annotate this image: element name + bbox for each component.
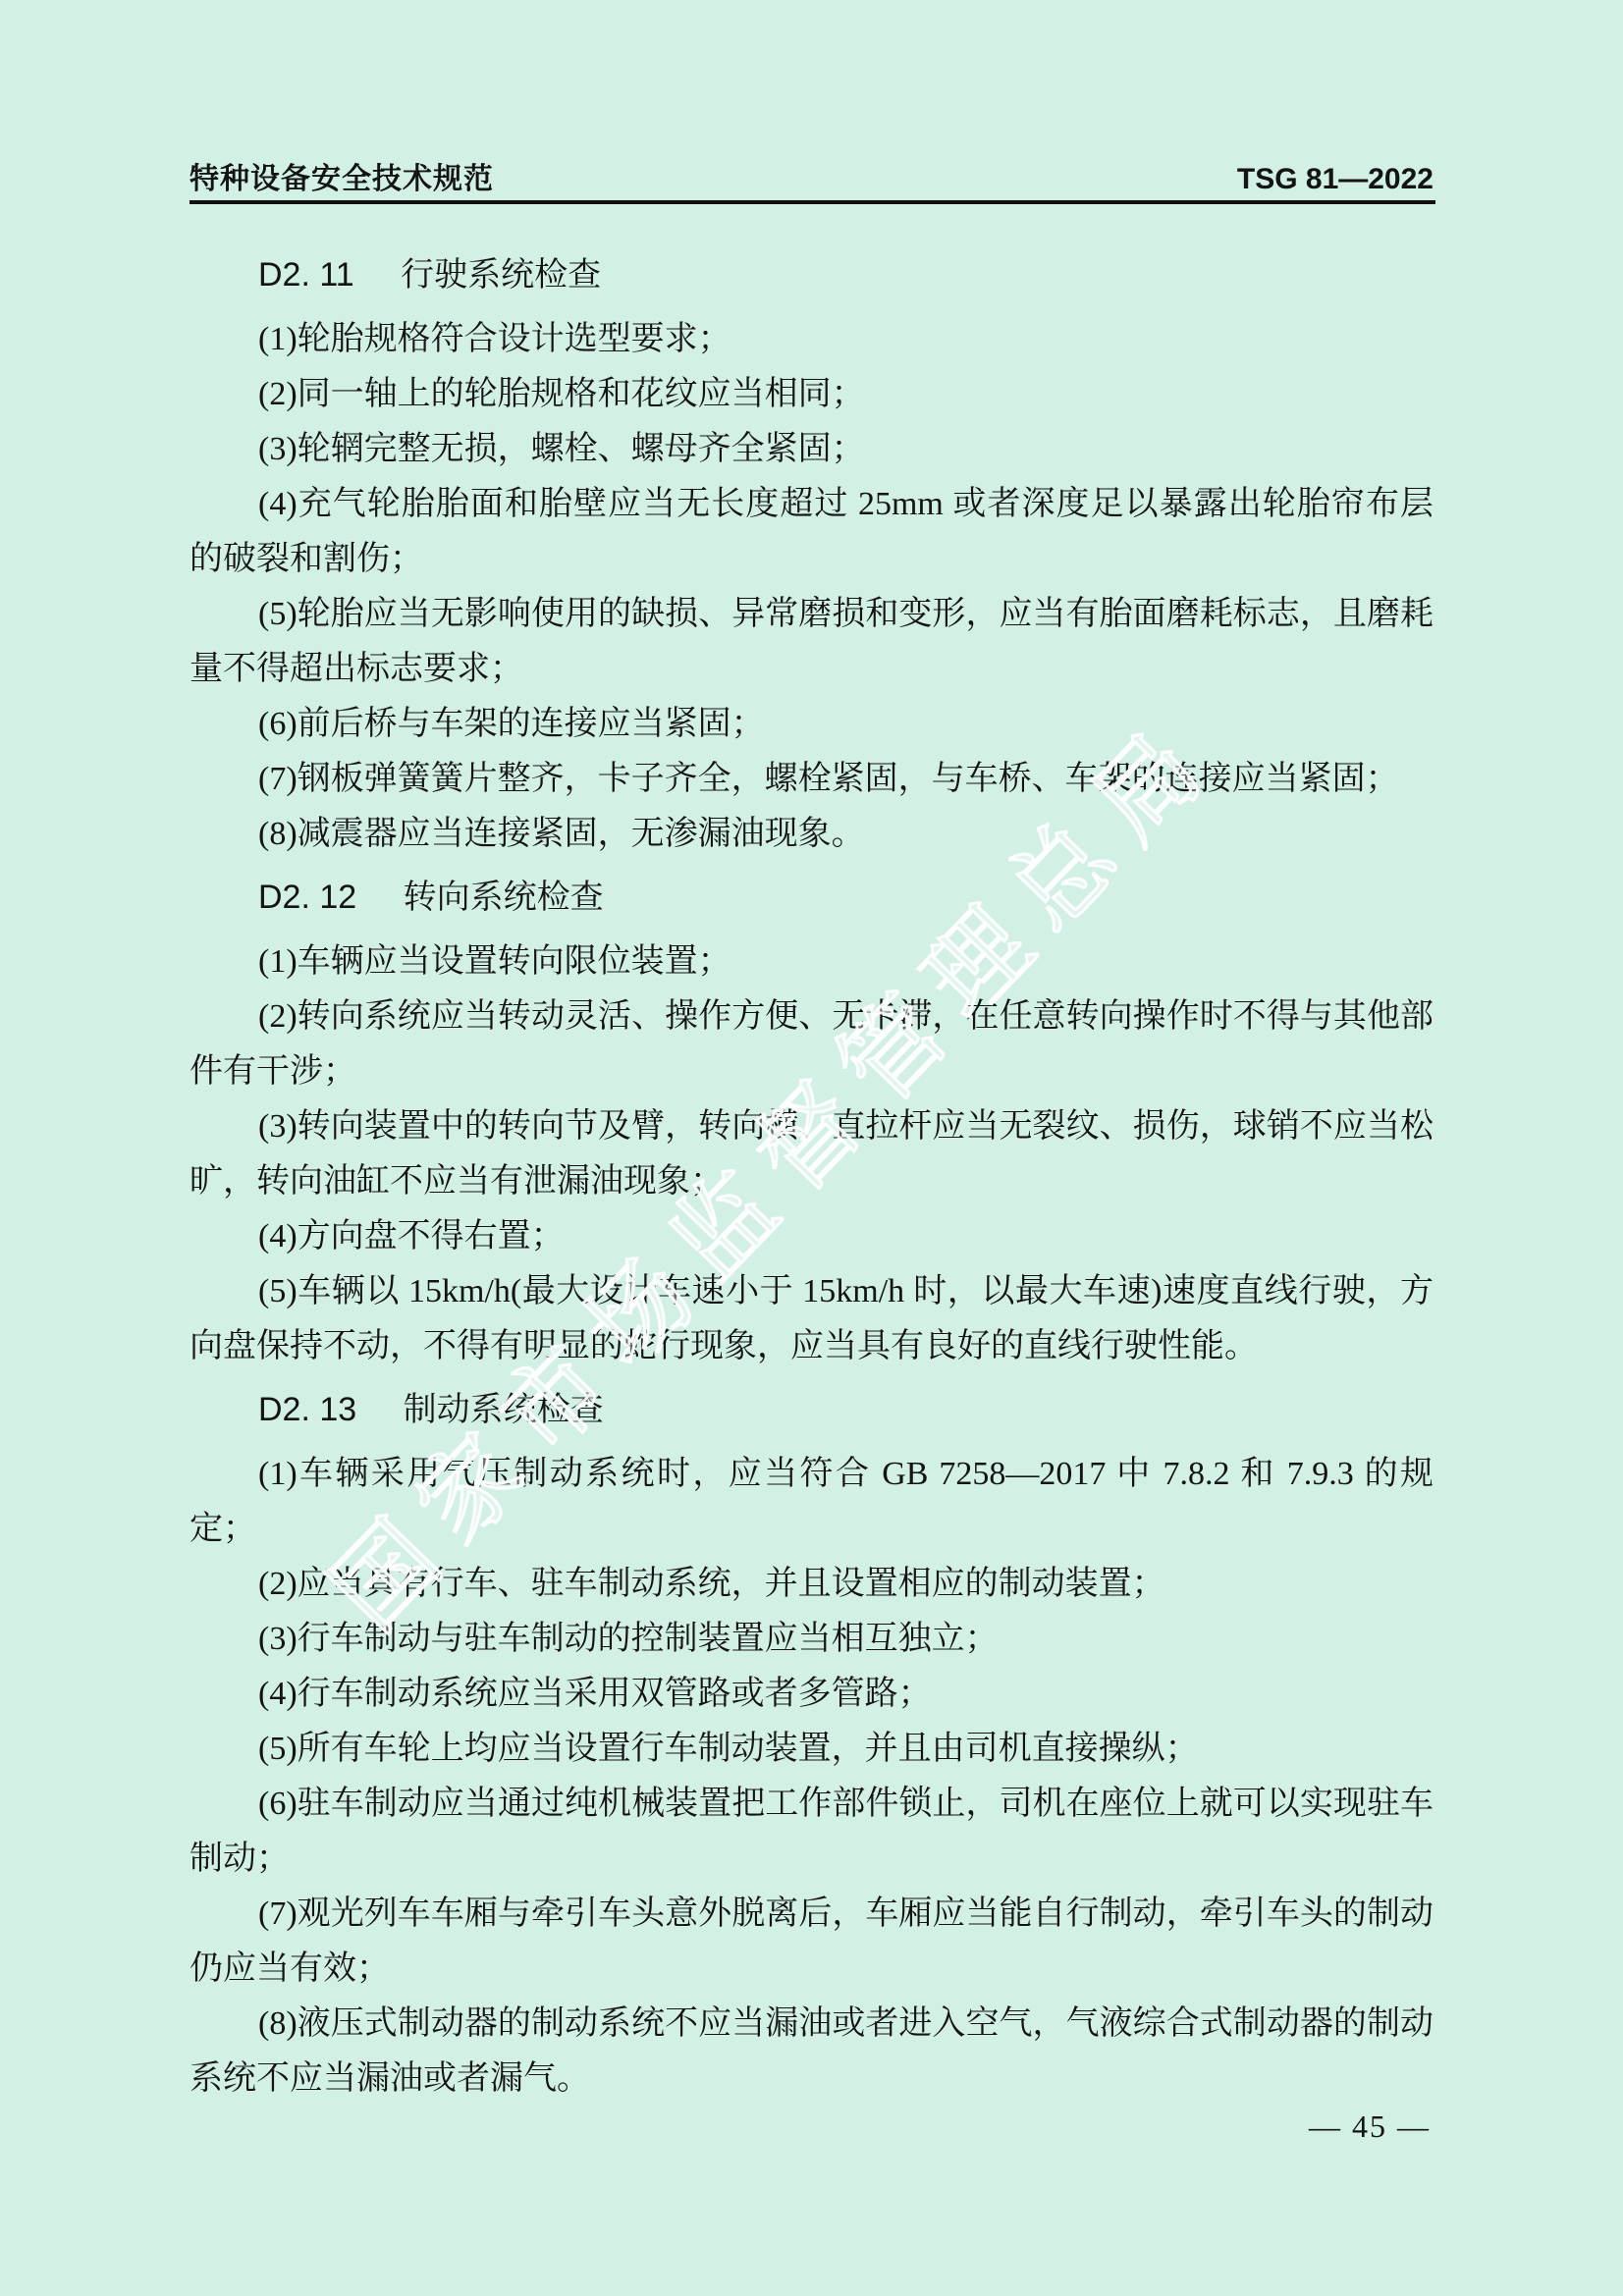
header-standard-title: 特种设备安全技术规范 <box>189 163 494 196</box>
clause-item: (2)转向系统应当转动灵活、操作方便、无卡滞，在任意转向操作时不得与其他部件有干… <box>189 989 1434 1099</box>
clause-item: (2)同一轴上的轮胎规格和花纹应当相同； <box>189 367 1434 422</box>
section-heading-d2-12: D2. 12 转向系统检查 <box>189 870 1434 925</box>
clause-item: (1)轮胎规格符合设计选型要求； <box>189 312 1434 367</box>
clause-item: (4)行车制动系统应当采用双管路或者多管路； <box>189 1667 1434 1722</box>
section-title: 制动系统检查 <box>404 1391 604 1428</box>
document-page: 特种设备安全技术规范 TSG 81—2022 国家市场监督管理总局 D2. 11… <box>0 0 1623 2296</box>
page-header: 特种设备安全技术规范 TSG 81—2022 <box>189 163 1434 196</box>
clause-item: (4)方向盘不得右置； <box>189 1209 1434 1264</box>
document-body: D2. 11 行驶系统检查 (1)轮胎规格符合设计选型要求； (2)同一轴上的轮… <box>189 204 1434 2107</box>
section-number: D2. 13 <box>258 1391 356 1428</box>
clause-item: (8)减震器应当连接紧固，无渗漏油现象。 <box>189 807 1434 862</box>
section-heading-d2-11: D2. 11 行驶系统检查 <box>189 247 1434 302</box>
clause-item: (6)前后桥与车架的连接应当紧固； <box>189 697 1434 752</box>
clause-item: (1)车辆采用气压制动系统时，应当符合 GB 7258—2017 中 7.8.2… <box>189 1447 1434 1557</box>
clause-item: (3)轮辋完整无损，螺栓、螺母齐全紧固； <box>189 422 1434 477</box>
clause-item: (2)应当具有行车、驻车制动系统，并且设置相应的制动装置； <box>189 1557 1434 1612</box>
section-heading-d2-13: D2. 13 制动系统检查 <box>189 1382 1434 1437</box>
section-title: 转向系统检查 <box>404 879 604 916</box>
page-number: — 45 — <box>1309 2107 1431 2146</box>
section-number: D2. 12 <box>258 879 356 916</box>
clause-item: (8)液压式制动器的制动系统不应当漏油或者进入空气，气液综合式制动器的制动系统不… <box>189 1997 1434 2107</box>
clause-item: (3)行车制动与驻车制动的控制装置应当相互独立； <box>189 1612 1434 1667</box>
clause-item: (4)充气轮胎胎面和胎壁应当无长度超过 25mm 或者深度足以暴露出轮胎帘布层的… <box>189 477 1434 587</box>
clause-item: (7)钢板弹簧簧片整齐，卡子齐全，螺栓紧固，与车桥、车架的连接应当紧固； <box>189 752 1434 807</box>
clause-item: (7)观光列车车厢与牵引车头意外脱离后，车厢应当能自行制动，牵引车头的制动仍应当… <box>189 1887 1434 1997</box>
clause-item: (5)车辆以 15km/h(最大设计车速小于 15km/h 时，以最大车速)速度… <box>189 1264 1434 1374</box>
header-doc-number: TSG 81—2022 <box>1237 163 1434 196</box>
section-title: 行驶系统检查 <box>401 256 601 294</box>
clause-item: (5)轮胎应当无影响使用的缺损、异常磨损和变形，应当有胎面磨耗标志，且磨耗量不得… <box>189 587 1434 697</box>
section-number: D2. 11 <box>258 256 354 294</box>
clause-item: (5)所有车轮上均应当设置行车制动装置，并且由司机直接操纵； <box>189 1722 1434 1777</box>
clause-item: (1)车辆应当设置转向限位装置； <box>189 934 1434 989</box>
clause-item: (6)驻车制动应当通过纯机械装置把工作部件锁止，司机在座位上就可以实现驻车制动； <box>189 1777 1434 1887</box>
clause-item: (3)转向装置中的转向节及臂，转向横、直拉杆应当无裂纹、损伤，球销不应当松旷，转… <box>189 1099 1434 1209</box>
